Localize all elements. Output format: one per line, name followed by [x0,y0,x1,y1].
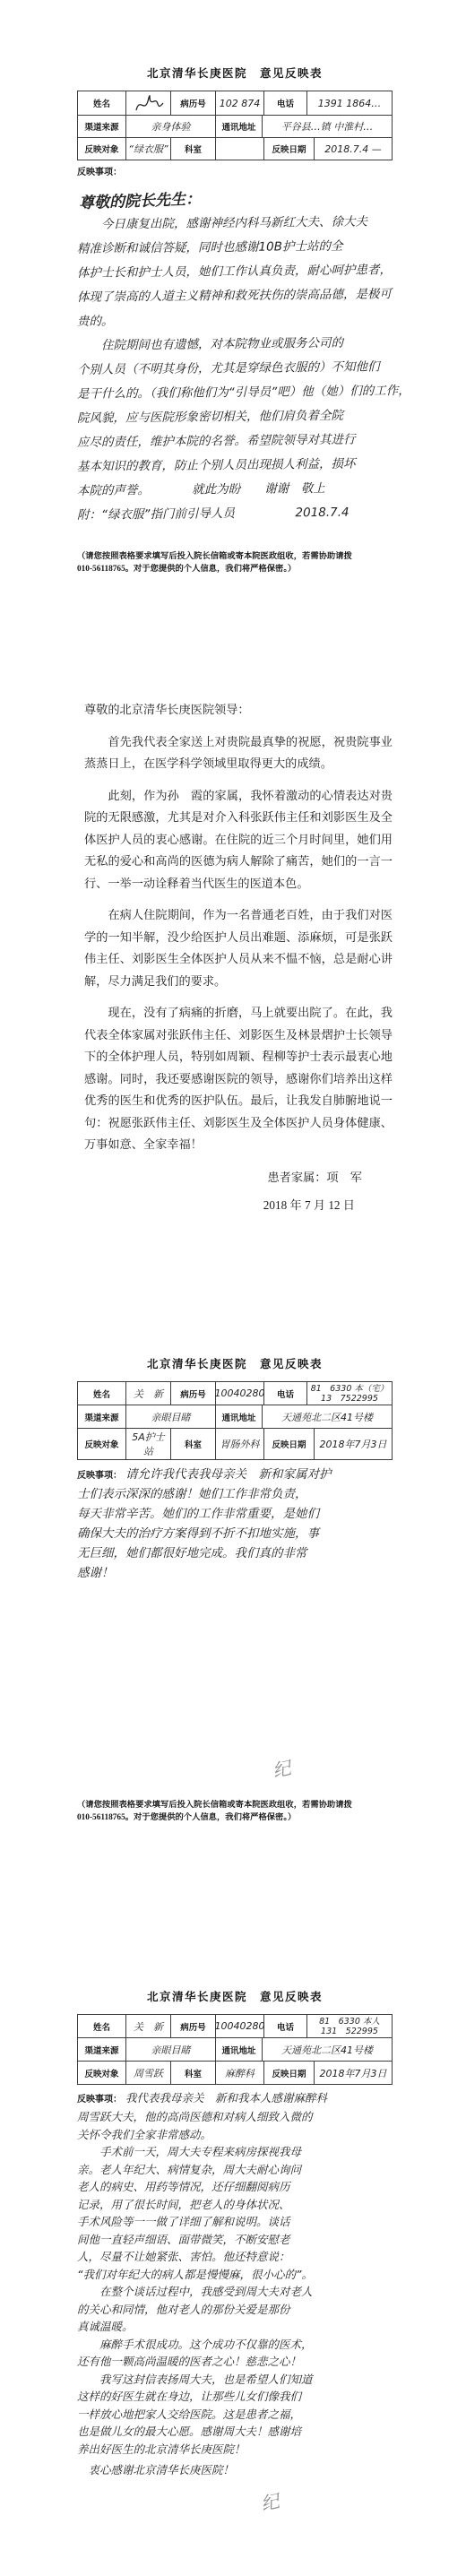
table-row: 姓名 关 新 病历号 10040280 电话 81 6330 本（宅） 13 7… [78,1382,392,1405]
phone-line-1: 81 6330 本人 [319,2017,380,2027]
handwritten-line: 记录，用了很长时间，把老人的身体状况、 [77,2196,393,2214]
field-value-name: 关 新 [126,2015,171,2037]
letter-greeting: 尊敬的北京清华长庚医院领导： [84,699,393,722]
handwritten-line: 亲。老人年纪大、病情复杂，周大夫耐心询问 [77,2161,393,2179]
handwritten-line: 养出好医生的北京清华长庚医院！ [77,2441,393,2459]
field-label-date: 反映日期 [264,2062,315,2084]
handwritten-line: 手术风险等一一做了详细了解和说明。谈话 [77,2213,393,2231]
items-label: 反映事项： [77,1468,122,1484]
handwritten-line: 这样的好医生就在身边，让那些儿女们像我们 [77,2388,393,2406]
feedback-form-2: 北京清华长庚医院 意见反映表 姓名 关 新 病历号 10040280 电话 81… [77,1355,393,1824]
handwritten-line: 手术前一天，周大夫专程来病房探视我母 [77,2143,393,2161]
handwritten-line: 无巨细，她们都很好地完成。我们真的非常 [77,1543,393,1563]
field-value-name: 关 新 [126,1382,171,1405]
table-row: 渠道来源 亲眼目睹 通讯地址 天通苑北二区41号楼 [78,1405,392,1428]
handwritten-line: 周雪跃大夫，他的高尚医德和对病人细致入微的 [77,2108,393,2126]
field-label-address: 通讯地址 [216,116,263,137]
handwritten-line: “我们对年纪大的病人都是慢慢麻，很小心的”。 [77,2266,393,2284]
field-label-phone: 电话 [264,1382,307,1405]
handwritten-line: 请允许我代表我母亲关 新和家属对护 [125,1465,332,1484]
handwritten-line: 人，尽量不让她紧张、害怕。他还特意说： [77,2248,393,2266]
handwritten-line: 体护士长和护士人员，她们工作认真负责，耐心呵护患者， [77,258,393,286]
handwritten-line: 个别人员（不明其身份，尤其是穿绿色衣服的）不知他们 [77,355,393,383]
field-value-record: 102 874 [216,91,264,115]
handwritten-line: 我代表我母亲关 新和我本人感谢麻醉科 [125,2089,327,2107]
form-fields-table: 姓名 病历号 102 874 电话 1391 1864… 渠道来源 亲身体验 通… [77,91,393,160]
field-value-target: 周雪跃 [126,2062,171,2084]
handwritten-line: 也是做儿女的最大心愿。感谢周大夫！感谢培 [77,2423,393,2441]
field-value-target: “绿衣服” [126,138,171,160]
field-label-date: 反映日期 [264,1429,315,1459]
field-label-address: 通讯地址 [216,1405,263,1428]
field-value-name [126,91,171,115]
field-value-dept: 麻醉科 [216,2062,264,2084]
field-label-source: 渠道来源 [78,1405,126,1428]
handwritten-line: 还有他一颗高尚温暖的医者之心！慈悲之心！ [77,2353,393,2371]
thank-you-letter: 尊敬的北京清华长庚医院领导： 首先我代表全家送上对贵院最真挚的祝愿，祝贵院事业蒸… [84,699,393,1217]
form-title: 北京清华长庚医院 意见反映表 [77,1988,393,2004]
field-value-source: 亲眼目睹 [126,1405,216,1428]
letter-date: 2018 年 7 月 12 日 [84,1195,393,1217]
handwritten-line: 士们表示深深的感谢！她们工作非常负责， [77,1484,393,1504]
handwritten-lines: 周雪跃大夫，他的高尚医德和对病人细致入微的关怀令我们全家非常感动。 手术前一天，… [77,2108,393,2458]
form-title: 北京清华长庚医院 意见反映表 [77,1355,393,1371]
field-label-dept: 科室 [171,138,216,160]
closing-line: 衷心感谢北京清华长庚医院！ [77,2461,393,2479]
handwritten-line: 确保大夫的治疗方案得到不折不扣地实施，事 [77,1524,393,1543]
handwritten-line: 间他一直轻声细语、面带微笑，不断安慰老 [77,2231,393,2249]
table-row: 渠道来源 亲眼目睹 通讯地址 天通苑北二区41号楼 [78,2037,392,2061]
letter-paragraph: 现在，没有了病痛的折磨，马上就要出院了。在此，我代表全体家属对张跃伟主任、刘影医… [84,1002,393,1156]
field-value-phone: 1391 1864… [307,91,392,115]
field-value-record: 10040280 [216,2015,264,2037]
field-value-date: 2018年7月3日 [315,1429,392,1459]
field-value-source: 亲身体验 [126,116,216,137]
field-value-phone: 81 6330 本（宅） 13 7522995 [307,1382,392,1405]
footer-note-line2: 010-56118765。对于您提供的个人信息，我们将严格保密。） [77,1812,393,1825]
field-value-date: 2018.7.4 — [315,138,392,160]
field-value-address: 平谷县…镇 中淮村… [263,116,392,137]
field-label-target: 反映对象 [78,2062,126,2084]
feedback-form-3: 北京清华长庚医院 意见反映表 姓名 关 新 病历号 10040280 电话 81… [77,1988,393,2515]
footer-note-line2: 010-56118765。对于您提供的个人信息，我们将严格保密。） [77,564,393,576]
phone-line-2: 13 7522995 [321,1394,378,1404]
footer-note-line1: （请您按照表格要求填写后投入院长信箱或寄本院医政组收，若需协助请拨 [77,1800,393,1812]
items-label: 反映事项： [77,2092,122,2108]
field-label-address: 通讯地址 [216,2038,263,2061]
items-label: 反映事项： [77,165,393,181]
phone-line-1: 81 6330 本（宅） [311,1384,389,1394]
field-label-phone: 电话 [264,2015,307,2037]
form-fields-table: 姓名 关 新 病历号 10040280 电话 81 6330 本人 131 52… [77,2014,393,2085]
field-label-date: 反映日期 [264,138,315,160]
form-title: 北京清华长庚医院 意见反映表 [77,65,393,81]
footer-note: （请您按照表格要求填写后投入院长信箱或寄本院医政组收，若需协助请拨 010-56… [77,551,393,575]
field-value-target: 5A护士站 [126,1429,171,1459]
reviewer-signature: 纪 [270,1753,293,1783]
handwritten-lines: 今日康复出院，感谢神经内科马新红大夫、徐大夫精准诊断和诚信答疑，同时也感谢10B… [77,212,393,526]
handwritten-line: 每天非常辛苦。她们的工作非常重要，是她们 [77,1504,393,1524]
handwritten-line: 精准诊断和诚信答疑，同时也感谢10B护士站的全 [77,234,393,262]
table-row: 渠道来源 亲身体验 通讯地址 平谷县…镇 中淮村… [78,115,392,137]
handwritten-line: 麻醉手术很成功。这个成功不仅靠的医术， [77,2336,393,2354]
handwritten-line: 是干什么的。（我们称他们为“引导员”吧）他（她）们的工作， [77,379,393,407]
field-value-dept: 胃肠外科 [216,1429,264,1459]
field-label-target: 反映对象 [78,138,126,160]
table-row: 反映对象 周雪跃 科室 麻醉科 反映日期 2018年7月3日 [78,2061,392,2084]
field-value-record: 10040280 [216,1382,264,1405]
field-label-name: 姓名 [78,1382,126,1405]
handwritten-line: 体现了崇高的人道主义精神和救死扶伤的崇高品德，是极可 [77,282,393,310]
footer-note-line1: （请您按照表格要求填写后投入院长信箱或寄本院医政组收，若需协助请拨 [77,551,393,564]
field-value-address: 天通苑北二区41号楼 [263,1405,392,1428]
handwritten-line: 应尽的责任，维护本院的名誉。希望院领导对其进行 [77,428,393,455]
handwritten-line: 我写这封信表扬周大夫，也是希望人们知道 [77,2371,393,2389]
field-value-address: 天通苑北二区41号楼 [263,2038,392,2061]
letter-signer: 患者家属：项 军 [84,1167,393,1189]
field-value-source: 亲眼目睹 [126,2038,216,2061]
reviewer-signature-wrap: 纪 [261,2488,393,2515]
handwritten-line: 住院期间也有遗憾，对本院物业或服务公司的 [77,331,393,359]
field-label-target: 反映对象 [78,1429,126,1459]
field-value-phone: 81 6330 本人 131 522995 [307,2015,392,2037]
footer-note: （请您按照表格要求填写后投入院长信箱或寄本院医政组收，若需协助请拨 010-56… [77,1800,393,1824]
feedback-content: 反映事项： 我代表我母亲关 新和我本人感谢麻醉科 周雪跃大夫，他的高尚医德和对病… [77,2089,393,2479]
field-label-record: 病历号 [171,2015,216,2037]
field-label-dept: 科室 [171,1429,216,1459]
feedback-content: 反映事项： 请允许我代表我母亲关 新和家属对护 士们表示深深的感谢！她们工作非常… [77,1465,393,1583]
field-label-name: 姓名 [78,91,126,115]
handwritten-line: 在整个谈话过程中，我感受到周大夫对老人 [77,2283,393,2301]
handwritten-lines: 士们表示深深的感谢！她们工作非常负责，每天非常辛苦。她们的工作非常重要，是她们确… [77,1484,393,1583]
handwritten-line: 一样放心地把家人交给医院。这是患者之福， [77,2406,393,2424]
handwritten-line: 本院的声誉。 就此为盼 谢谢 敬上 [77,476,393,504]
table-row: 姓名 病历号 102 874 电话 1391 1864… [78,91,392,115]
handwritten-line: 附：“绿衣服”指门前引导人员 2018.7.4 [77,500,393,528]
handwritten-line: 老人的病史、用药等情况，还仔细翻阅病历 [77,2178,393,2196]
field-label-source: 渠道来源 [78,116,126,137]
field-label-record: 病历号 [171,1382,216,1405]
patient-signature-scribble [131,92,167,114]
table-row: 反映对象 5A护士站 科室 胃肠外科 反映日期 2018年7月3日 [78,1428,392,1459]
handwritten-line: 基本知识的教育，防止个别人员出现损人利益，损坏 [77,452,393,480]
reviewer-signature: 纪 [258,2486,281,2516]
letter-paragraph: 在病人住院期间，作为一名普通老百姓，由于我们对医学的一知半解，没少给医护人员出难… [84,904,393,992]
handwritten-line: 关怀令我们全家非常感动。 [77,2126,393,2144]
handwritten-line: 贵的。 [77,307,393,334]
letter-paragraph: 首先我代表全家送上对贵院最真挚的祝愿，祝贵院事业蒸蒸日上，在医学科学领域里取得更… [84,731,393,775]
handwritten-line: 院风貌，应与医院形象密切相关，他们肩负着全院 [77,403,393,431]
field-label-phone: 电话 [264,91,307,115]
form-fields-table: 姓名 关 新 病历号 10040280 电话 81 6330 本（宅） 13 7… [77,1381,393,1460]
field-label-source: 渠道来源 [78,2038,126,2061]
table-row: 姓名 关 新 病历号 10040280 电话 81 6330 本人 131 52… [78,2015,392,2037]
handwritten-line: 真诚温暖。 [77,2318,393,2336]
table-row: 反映对象 “绿衣服” 科室 反映日期 2018.7.4 — [78,137,392,160]
handwritten-line: 感谢！ [77,1563,393,1583]
letter-body: 首先我代表全家送上对贵院最真挚的祝愿，祝贵院事业蒸蒸日上，在医学科学领域里取得更… [84,731,393,1156]
feedback-form-1: 北京清华长庚医院 意见反映表 姓名 病历号 102 874 电话 1391 18… [77,65,393,575]
reviewer-signature-wrap: 纪 [272,1755,393,1782]
phone-line-2: 131 522995 [321,2027,378,2036]
field-label-record: 病历号 [171,91,216,115]
field-value-date: 2018年7月3日 [315,2062,392,2084]
field-value-dept [216,138,264,160]
field-label-name: 姓名 [78,2015,126,2037]
handwritten-line: 的关心和同情，他对老人的那份关爱是那份 [77,2301,393,2319]
letter-paragraph: 此刻，作为孙 霞的家属，我怀着激动的心情表达对贵院的无限感激，尤其是对介入科张跃… [84,785,393,895]
feedback-content: 反映事项： 尊敬的院长先生： 今日康复出院，感谢神经内科马新红大夫、徐大夫精准诊… [77,165,393,526]
handwritten-line: 今日康复出院，感谢神经内科马新红大夫、徐大夫 [77,210,393,238]
field-label-dept: 科室 [171,2062,216,2084]
